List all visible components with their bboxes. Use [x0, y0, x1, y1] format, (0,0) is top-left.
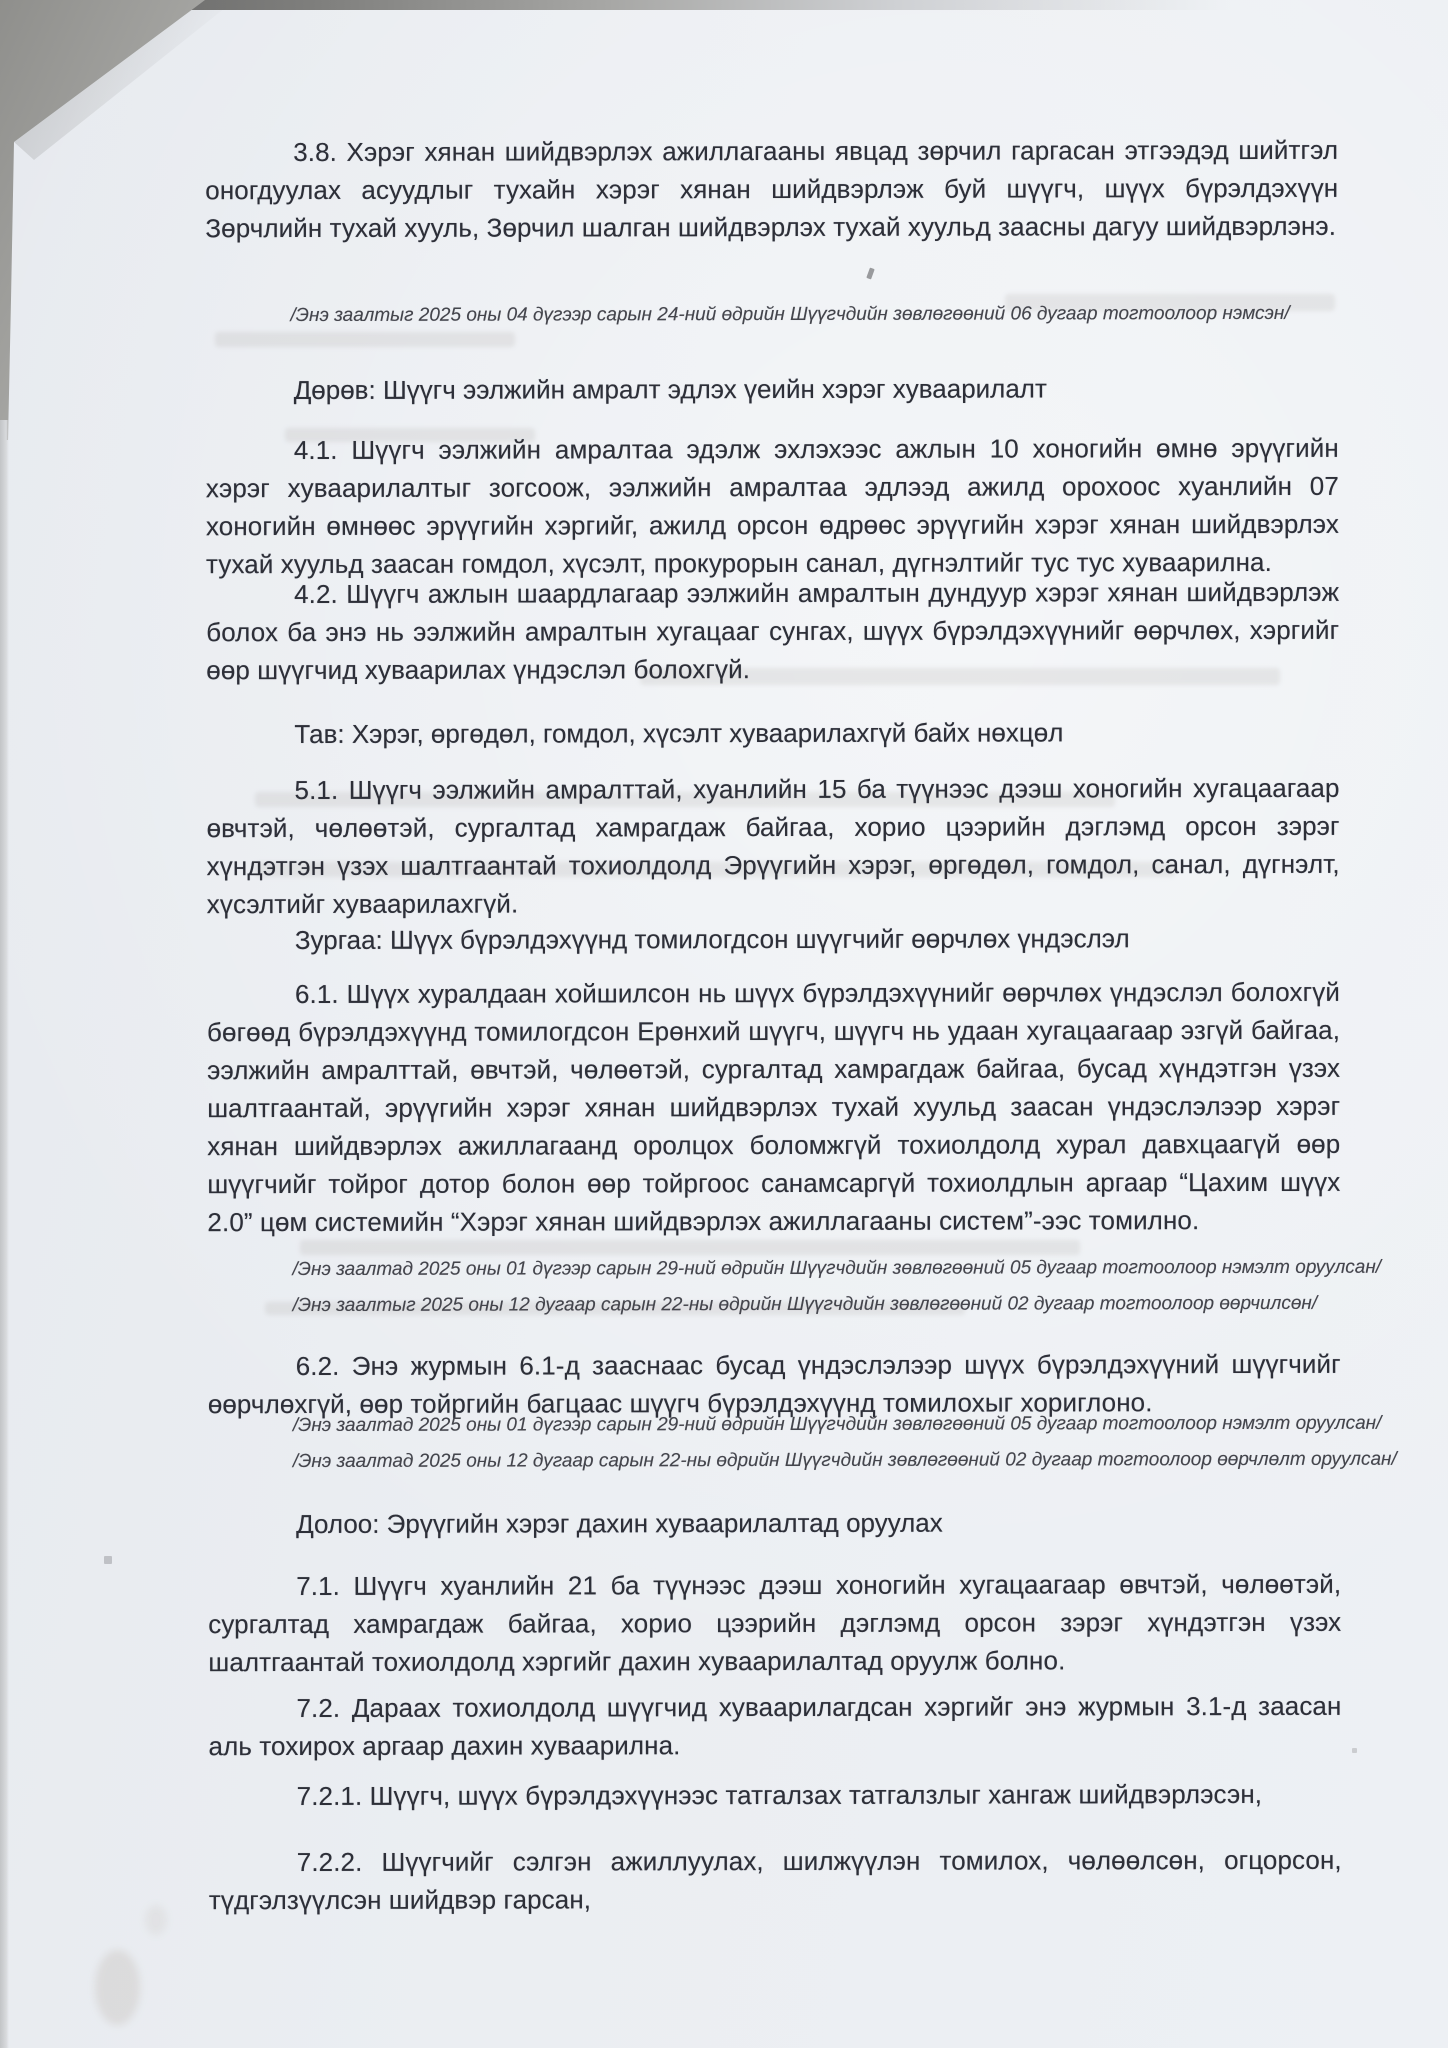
clause-7-2-1: 7.2.1. Шүүгч, шүүх бүрэлдэхүүнээс татгал… — [209, 1775, 1342, 1815]
scanned-document-page: { "page": { "kind": "scanned-legal-docum… — [0, 0, 1448, 2048]
clause-6-1: 6.1. Шүүх хуралдаан хойшилсон нь шүүх бү… — [207, 973, 1341, 1241]
amendment-note-5: /Энэ заалтад 2025 оны 12 дугаар сарын 22… — [293, 1448, 1341, 1474]
clause-7-1: 7.1. Шүүгч хуанлийн 21 ба түүнээс дээш х… — [208, 1565, 1341, 1681]
section-heading-five: Тав: Хэрэг, өргөдөл, гомдол, хүсэлт хува… — [294, 713, 1339, 753]
amendment-note-3: /Энэ заалтыг 2025 оны 12 дугаар сарын 22… — [293, 1292, 1341, 1318]
section-heading-four: Дөрөв: Шүүгч ээлжийн амралт эдлэх үеийн … — [294, 369, 1339, 409]
page-left-edge — [0, 420, 9, 2048]
clause-4-2: 4.2. Шүүгч ажлын шаардлагаар ээлжийн амр… — [206, 573, 1339, 689]
amendment-note-1: /Энэ заалтыг 2025 оны 04 дүгээр сарын 24… — [290, 302, 1338, 328]
scan-speck — [1352, 1748, 1357, 1753]
clause-7-2: 7.2. Дараах тохиолдолд шүүгчид хуваарила… — [208, 1687, 1341, 1765]
scan-smudge — [145, 1905, 167, 1935]
section-heading-seven: Долоо: Эрүүгийн хэрэг дахин хуваарилалта… — [296, 1503, 1341, 1543]
document-text: 3.8. Хэрэг хянан шийдвэрлэх ажиллагааны … — [205, 0, 1342, 2048]
scan-smudge — [95, 1950, 140, 2025]
clause-4-1: 4.1. Шүүгч ээлжийн амралтаа эдэлж эхлэхэ… — [206, 429, 1339, 583]
amendment-note-2: /Энэ заалтад 2025 оны 01 дүгээр сарын 29… — [292, 1256, 1340, 1282]
scan-speck — [104, 1556, 112, 1564]
amendment-note-4: /Энэ заалтад 2025 оны 01 дүгээр сарын 29… — [293, 1412, 1341, 1438]
clause-5-1: 5.1. Шүүгч ээлжийн амралттай, хуанлийн 1… — [206, 769, 1339, 923]
clause-3-8: 3.8. Хэрэг хянан шийдвэрлэх ажиллагааны … — [205, 131, 1338, 247]
clause-7-2-2: 7.2.2. Шүүгчийг сэлгэн ажиллуулах, шилжү… — [209, 1841, 1342, 1919]
section-heading-six: Зургаа: Шүүх бүрэлдэхүүнд томилогдсон шү… — [295, 919, 1340, 959]
